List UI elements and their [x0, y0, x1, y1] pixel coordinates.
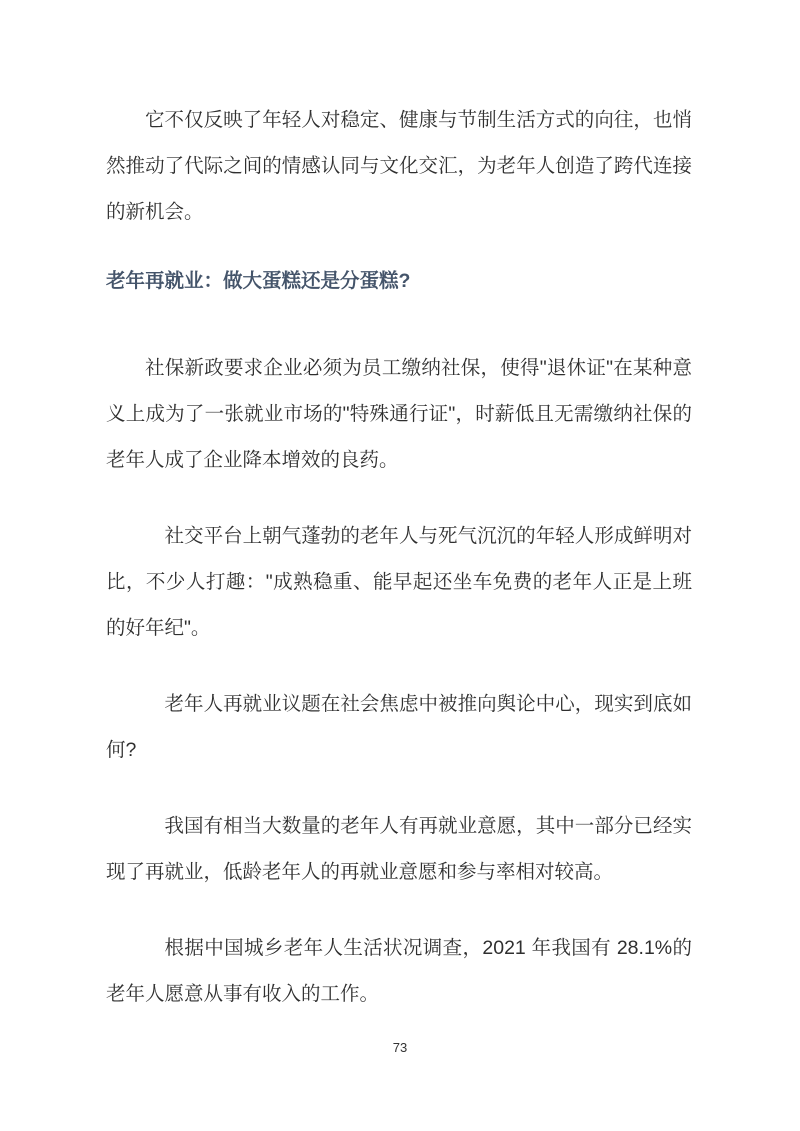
- body-paragraph-2: 社交平台上朝气蓬勃的老年人与死气沉沉的年轻人形成鲜明对比，不少人打趣："成熟稳重…: [106, 513, 692, 651]
- document-page: 它不仅反映了年轻人对稳定、健康与节制生活方式的向往，也悄然推动了代际之间的情感认…: [0, 0, 800, 1131]
- body-paragraph-3: 老年人再就业议题在社会焦虑中被推向舆论中心，现实到底如何?: [106, 681, 692, 773]
- body-paragraph-4: 我国有相当大数量的老年人有再就业意愿，其中一部分已经实现了再就业，低龄老年人的再…: [106, 803, 692, 895]
- section-heading: 老年再就业：做大蛋糕还是分蛋糕?: [106, 266, 692, 296]
- page-content: 它不仅反映了年轻人对稳定、健康与节制生活方式的向往，也悄然推动了代际之间的情感认…: [106, 97, 692, 1017]
- body-paragraph-5: 根据中国城乡老年人生活状况调查，2021 年我国有 28.1%的老年人愿意从事有…: [106, 925, 692, 1017]
- intro-paragraph: 它不仅反映了年轻人对稳定、健康与节制生活方式的向往，也悄然推动了代际之间的情感认…: [106, 97, 692, 235]
- body-paragraph-1: 社保新政要求企业必须为员工缴纳社保，使得"退休证"在某种意义上成为了一张就业市场…: [106, 345, 692, 483]
- page-number: 73: [0, 1040, 800, 1056]
